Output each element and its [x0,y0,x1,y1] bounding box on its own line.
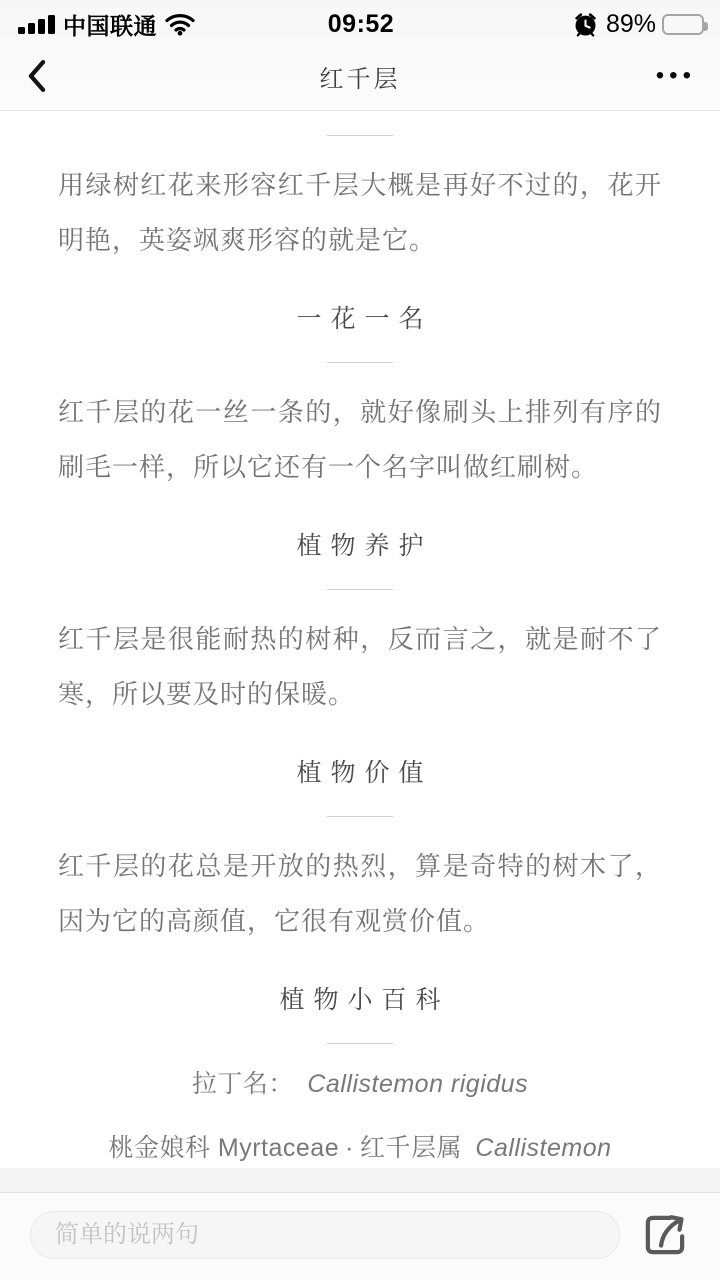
section-heading-2: 植物养护 [58,529,662,565]
clock: 09:52 [328,10,394,38]
section-divider [327,1043,393,1044]
ellipsis-icon: ••• [656,64,696,88]
screen: 中国联通 09:52 89% [0,0,720,1280]
encyclopedia-heading: 植物小百科 [58,983,662,1019]
page-background-strip [0,1168,720,1192]
alarm-icon [572,11,599,38]
status-left: 中国联通 [18,8,258,41]
taxonomy-genus-latin: Callistemon [475,1134,611,1162]
latin-label: 拉丁名： [192,1070,294,1098]
status-bar: 中国联通 09:52 89% [0,0,720,42]
top-chrome: 中国联通 09:52 89% [0,0,720,111]
section-divider [327,135,393,136]
section-divider [327,362,393,363]
section-paragraph-2: 红千层是很能耐热的树种，反而言之，就是耐不了寒，所以要及时的保暖。 [58,612,662,722]
latin-name: Callistemon rigidus [307,1070,528,1098]
chevron-left-icon [24,57,50,95]
cellular-signal-icon [18,15,55,34]
section-paragraph-3: 红千层的花总是开放的热烈，算是奇特的树木了，因为它的高颜值，它很有观赏价值。 [58,839,662,949]
battery-percent-label: 89% [606,10,656,39]
section-heading-3: 植物价值 [58,756,662,792]
taxonomy-family: 桃金娘科 Myrtaceae [108,1134,339,1162]
wifi-icon [165,13,195,36]
taxonomy-line: 桃金娘科 Myrtaceae·红千层属 Callistemon [58,1124,662,1168]
battery-icon [662,14,704,35]
section-paragraph-1: 红千层的花一丝一条的，就好像刷头上排列有序的刷毛一样，所以它还有一个名字叫做红刷… [58,385,662,495]
share-button[interactable] [620,1206,694,1264]
intro-paragraph: 用绿树红花来形容红千层大概是再好不过的，花开明艳，英姿飒爽形容的就是它。 [58,158,662,268]
status-right: 89% [464,10,704,39]
share-icon [636,1206,694,1264]
comment-input[interactable] [30,1211,620,1259]
nav-bar: 红千层 ••• [0,42,720,111]
more-button[interactable]: ••• [606,64,696,88]
section-divider [327,816,393,817]
taxonomy-genus: 红千层属 [360,1134,462,1162]
latin-name-line: 拉丁名： Callistemon rigidus [58,1060,662,1108]
page-title: 红千层 [114,59,606,94]
comment-bar [0,1192,720,1280]
section-divider [327,589,393,590]
status-center: 09:52 [258,10,464,39]
section-heading-1: 一花一名 [58,302,662,338]
back-button[interactable] [24,57,114,95]
article-content: 用绿树红花来形容红千层大概是再好不过的，花开明艳，英姿飒爽形容的就是它。 一花一… [0,111,720,1168]
carrier-label: 中国联通 [63,8,157,41]
taxonomy-separator: · [345,1134,354,1162]
